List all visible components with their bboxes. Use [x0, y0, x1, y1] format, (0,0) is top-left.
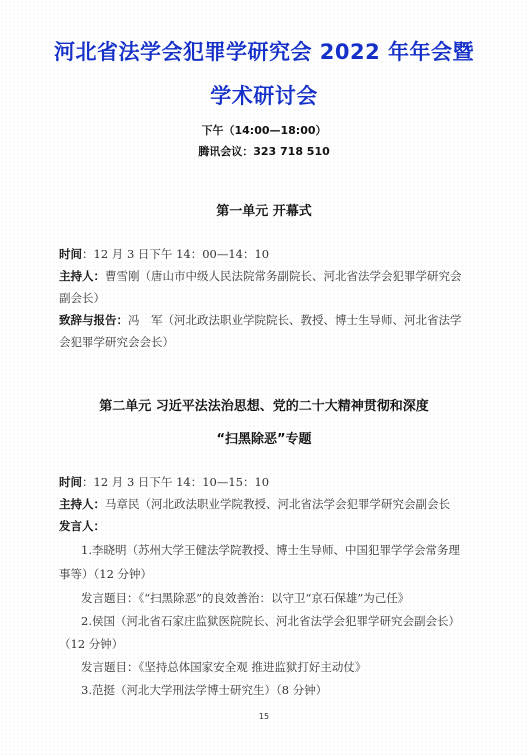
speaker-2-topic: 发言题目：《坚持总体国家安全观 推进监狱打好主动仗》 [81, 659, 481, 675]
document-title-line1: 河北省法学会犯罪学研究会 2022 年年会暨 [0, 36, 528, 66]
session-time: 下午（14:00—18:00） [0, 122, 528, 138]
document-page: 河北省法学会犯罪学研究会 2022 年年会暨 学术研讨会 下午（14:00—18… [0, 0, 528, 756]
speech-value: 冯 军（河北政法职业学院院长、教授、博士生导师、河北省法学 [128, 313, 462, 327]
speech-label: 致辞与报告： [59, 313, 128, 327]
page-number: 15 [0, 712, 528, 721]
speakers-label: 发言人： [59, 518, 459, 534]
time-label: 时间 [59, 475, 82, 489]
unit2-heading-line2: “扫黑除恶”专题 [0, 428, 528, 447]
unit1-host: 主持人：曹雪刚（唐山市中级人民法院常务副院长、河北省法学会犯罪学研究会 [59, 268, 459, 284]
time-value: ：12 月 3 日下午 14：10—15：10 [82, 475, 269, 489]
speaker-3: 3.范挺（河北大学刑法学博士研究生）（8 分钟） [81, 682, 481, 698]
unit1-host-cont: 副会长） [59, 290, 459, 306]
host-label: 主持人： [59, 269, 105, 283]
speaker-2: 2.侯国（河北省石家庄监狱医院院长、河北省法学会犯罪学研究会副会长） [81, 613, 481, 629]
host-value: 马章民（河北政法职业学院教授、河北省法学会犯罪学研究会副会长 [105, 497, 450, 511]
speaker-2-cont: （12 分钟） [59, 636, 459, 652]
unit2-heading-line1: 第二单元 习近平法法治思想、党的二十大精神贯彻和深度 [0, 395, 528, 414]
unit2-host: 主持人：马章民（河北政法职业学院教授、河北省法学会犯罪学研究会副会长 [59, 496, 459, 512]
speaker-1-cont: 事等）（12 分钟） [59, 566, 459, 582]
time-label: 时间 [59, 247, 82, 261]
unit1-heading: 第一单元 开幕式 [0, 200, 528, 219]
host-value: 曹雪刚（唐山市中级人民法院常务副院长、河北省法学会犯罪学研究会 [105, 269, 462, 283]
host-label: 主持人： [59, 497, 105, 511]
unit1-time: 时间：12 月 3 日下午 14：00—14：10 [59, 246, 459, 262]
unit1-speech: 致辞与报告：冯 军（河北政法职业学院院长、教授、博士生导师、河北省法学 [59, 312, 459, 328]
speaker-1-topic: 发言题目：《“扫黑除恶”的良效善治：以守卫“京石保雄”为己任》 [81, 590, 481, 606]
unit2-time: 时间：12 月 3 日下午 14：10—15：10 [59, 474, 459, 490]
time-value: ：12 月 3 日下午 14：00—14：10 [82, 247, 269, 261]
unit1-speech-cont: 会犯罪学研究会会长） [59, 334, 459, 350]
document-title-line2: 学术研讨会 [0, 80, 528, 110]
speaker-1: 1.李晓明（苏州大学王健法学院教授、博士生导师、中国犯罪学学会常务理 [81, 542, 481, 558]
meeting-info: 腾讯会议：323 718 510 [0, 143, 528, 159]
